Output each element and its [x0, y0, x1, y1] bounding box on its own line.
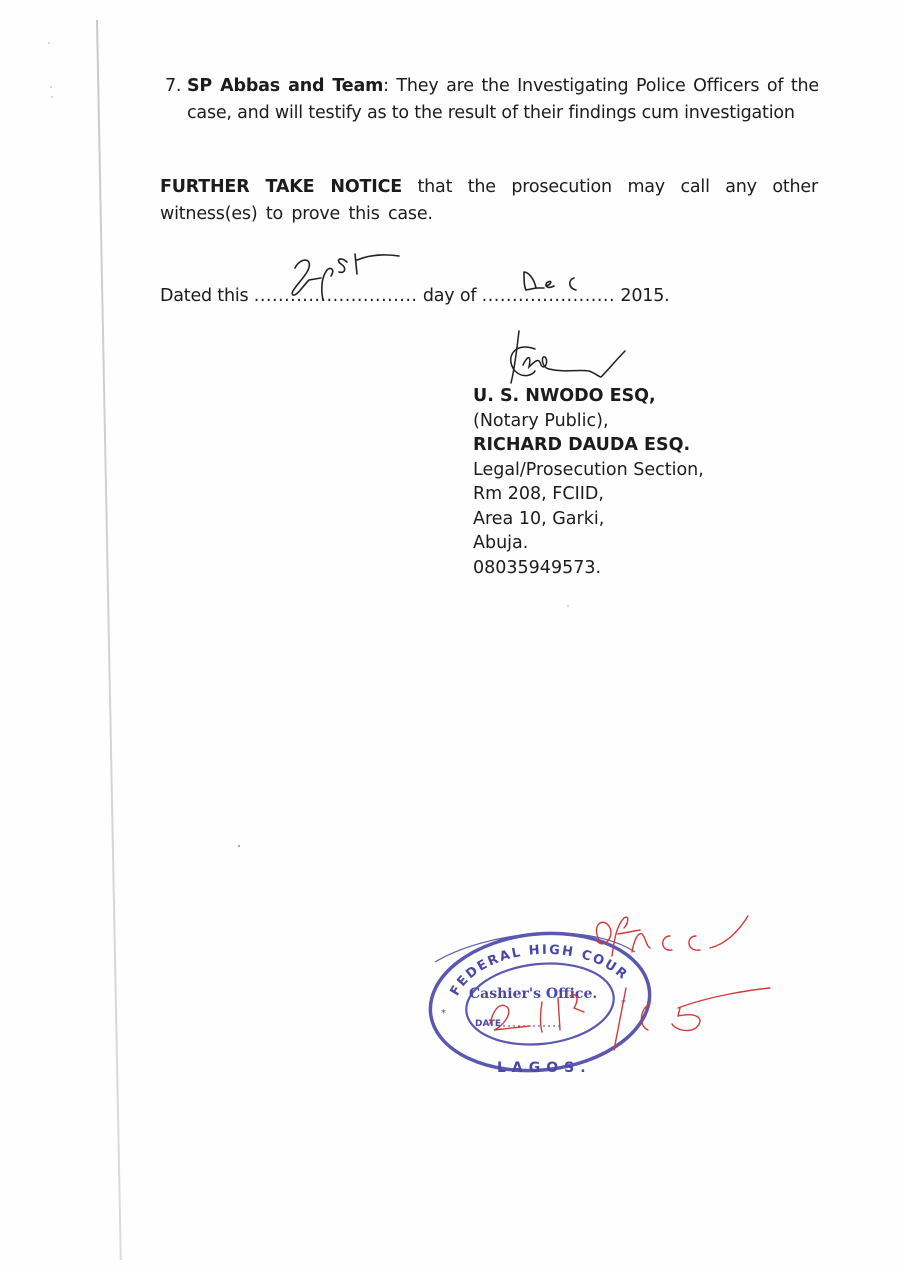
scan-margin-line	[96, 20, 122, 1260]
co-signatory-name: RICHARD DAUDA ESQ.	[473, 433, 704, 458]
stamp-bottom-text: LAGOS.	[497, 1060, 592, 1076]
handwritten-month	[520, 266, 600, 296]
address-line: Rm 208, FCIID,	[473, 482, 704, 507]
signatory-title: (Notary Public),	[473, 409, 704, 434]
scan-speck	[238, 845, 240, 847]
further-notice-lead: FURTHER TAKE NOTICE	[160, 177, 402, 197]
stamp-date-label: DATE	[475, 1019, 501, 1029]
scan-speck	[567, 605, 569, 607]
scan-speck	[51, 96, 53, 98]
witness-item-7: 7.SP Abbas and Team: They are the Invest…	[187, 73, 819, 127]
address-line: Abuja.	[473, 531, 704, 556]
scan-speck	[50, 86, 52, 88]
dated-prefix: Dated this	[160, 286, 254, 306]
stamp-star-icon: *	[441, 1008, 446, 1019]
signature	[505, 327, 635, 392]
further-notice-paragraph: FURTHER TAKE NOTICE that the prosecution…	[160, 174, 818, 228]
witness-name: SP Abbas and Team	[187, 76, 383, 96]
signatory-block: U. S. NWODO ESQ, (Notary Public), RICHAR…	[473, 384, 704, 580]
scan-speck	[48, 42, 50, 44]
address-line: Legal/Prosecution Section,	[473, 458, 704, 483]
signatory-name: U. S. NWODO ESQ,	[473, 384, 704, 409]
item-number: 7.	[165, 73, 181, 100]
address-line: Area 10, Garki,	[473, 507, 704, 532]
dated-middle: day of	[418, 286, 482, 306]
phone-number: 08035949573.	[473, 556, 704, 581]
dated-year: 2015.	[615, 286, 669, 306]
document-page: 7.SP Abbas and Team: They are the Invest…	[0, 0, 904, 1272]
stamp-annotation	[500, 912, 790, 1062]
handwritten-day	[285, 250, 415, 310]
